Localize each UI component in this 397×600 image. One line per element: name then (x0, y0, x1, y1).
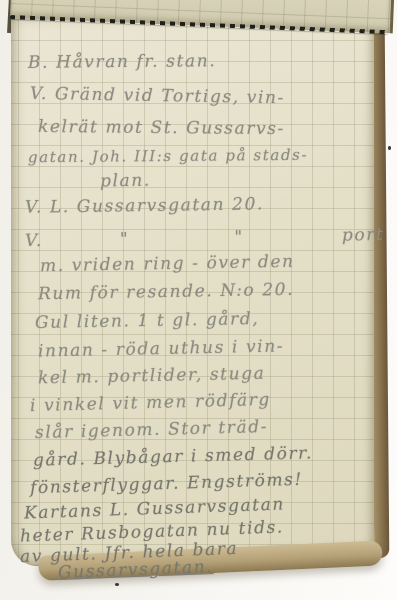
dust-speck (388, 146, 391, 150)
handwritten-line-5: plan. (100, 171, 151, 192)
handwritten-line-1: B. Håvran fr. stan. (28, 51, 216, 73)
handwritten-line-6: V. L. Gussarvsgatan 20. (25, 194, 264, 217)
handwritten-line-3: kelrät mot St. Gussarvs- (38, 117, 285, 139)
dust-speck (115, 583, 119, 586)
handwritten-line-4: gatan. Joh. III:s gata på stads- (28, 146, 308, 166)
handwritten-line-10: Gul liten. 1 t gl. gård, (35, 309, 260, 333)
photo-background: B. Håvran fr. stan. V. Gränd vid Tortigs… (0, 0, 397, 600)
